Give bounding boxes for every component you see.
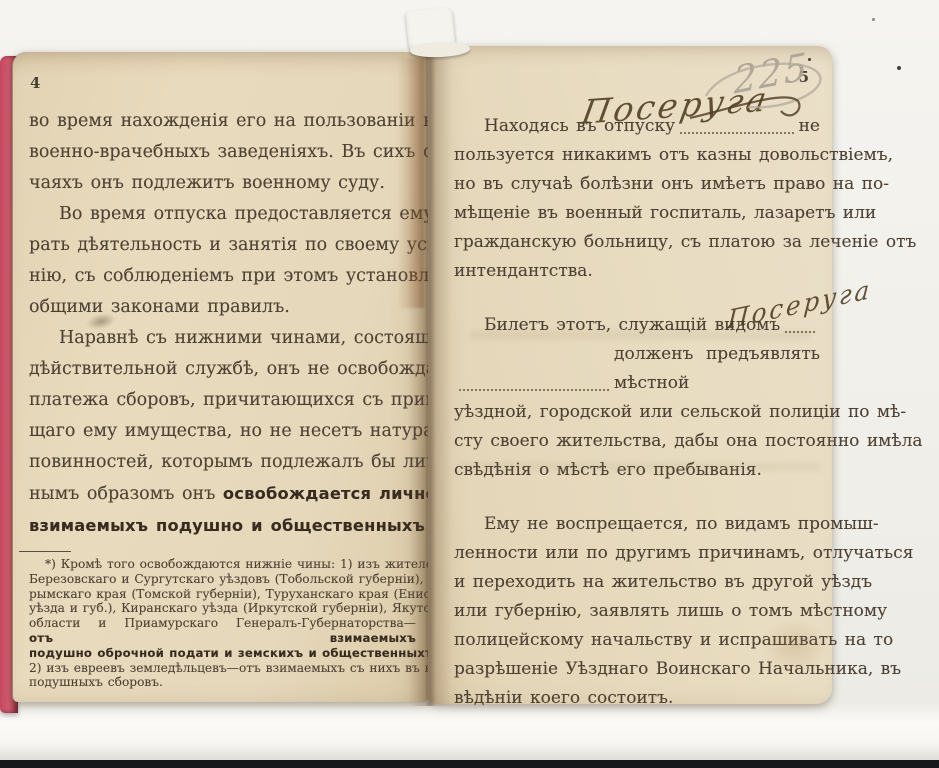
text-segment: военно-врачебныхъ заведеніяхъ. Въ сихъ с… <box>29 142 460 162</box>
text-segment: интендантства. <box>454 261 593 281</box>
text-line: подушно оброчной подати и земскихъ и общ… <box>29 646 416 661</box>
text-line: разрѣшеніе Уѣзднаго Воинскаго Начальника… <box>454 655 820 684</box>
text-segment: не <box>799 112 820 141</box>
text-line: ленности или по другимъ причинамъ, отлуч… <box>454 539 820 568</box>
page-4: 4 во время нахожденія его на пользованіи… <box>12 52 429 702</box>
text-segment: мѣщеніе въ военный госпиталь, лазаретъ и… <box>454 203 876 223</box>
text-segment: долженъ предъявлять мѣстной <box>614 340 820 398</box>
text-line: долженъ предъявлять мѣстной <box>454 340 820 398</box>
dotted-fill-line <box>680 131 794 134</box>
text-segment: отъ взимаемыхъ <box>29 631 416 645</box>
text-line: мѣщеніе въ военный госпиталь, лазаретъ и… <box>454 199 820 228</box>
scan-edge-strip <box>0 760 939 768</box>
text-line: повинностей, которымъ подлежалъ бы лично… <box>29 447 416 478</box>
text-segment: *) Кромѣ того освобождаются нижніе чины:… <box>45 557 441 571</box>
footnote-rule <box>19 551 71 552</box>
text-line: чаяхъ онъ подлежитъ военному суду. <box>29 168 416 199</box>
text-line: нымъ образомъ онъ освобождается лично от… <box>29 478 416 510</box>
text-line: рымскаго края (Томской губерніи), Туруха… <box>29 587 416 602</box>
text-line: но въ случаѣ болѣзни онъ имѣетъ право на… <box>454 170 820 199</box>
text-segment: Ему не воспрещается, по видамъ промыш- <box>484 514 879 534</box>
dust-speck <box>897 66 901 70</box>
text-segment: уѣзда и губ.), Киранскаго уѣзда (Иркутск… <box>29 601 453 615</box>
text-segment: нымъ образомъ онъ <box>29 484 223 504</box>
page-number: 4 <box>30 74 41 92</box>
text-line: области и Приамурскаго Генералъ-Губернат… <box>29 616 416 646</box>
text-line: уѣздной, городской или сельской полиціи … <box>454 398 820 427</box>
footnote-text: *) Кромѣ того освобождаются нижніе чины:… <box>29 557 416 690</box>
footnote-block: *) Кромѣ того освобождаются нижніе чины:… <box>29 551 416 690</box>
text-segment: уѣздной, городской или сельской полиціи … <box>454 402 906 422</box>
text-line: Ему не воспрещается, по видамъ промыш- <box>454 510 820 539</box>
text-line: подушныхъ сборовъ. <box>29 675 416 690</box>
text-line: взимаемыхъ подушно и общественныхъ сборо… <box>29 510 416 542</box>
text-segment: полицейскому начальству и испрашивать на… <box>454 630 893 650</box>
text-line: свѣдѣнія о мѣстѣ его пребыванія. <box>454 456 820 485</box>
text-segment: ленности или по другимъ причинамъ, отлуч… <box>454 543 913 563</box>
text-line: дѣйствительной службѣ, онъ не освобождае… <box>29 354 416 385</box>
text-line: *) Кромѣ того освобождаются нижніе чины:… <box>29 557 416 572</box>
text-segment: рымскаго края (Томской губерніи), Туруха… <box>29 587 481 601</box>
text-line: рать дѣятельность и занятія по своему ус… <box>29 230 416 261</box>
text-segment: или губернію, заявлять лишь о томъ мѣстн… <box>454 601 887 621</box>
text-segment: области и Приамурскаго Генералъ-Губернат… <box>29 616 416 630</box>
text-segment: Во время отпуска предоставляется ему изб… <box>59 204 491 224</box>
text-segment: Березовскаго и Сургутскаго уѣздовъ (Тобо… <box>29 572 450 586</box>
text-line: Во время отпуска предоставляется ему изб… <box>29 199 416 230</box>
text-line: военно-врачебныхъ заведеніяхъ. Въ сихъ с… <box>29 137 416 168</box>
text-line: и переходить на жительство въ другой уѣз… <box>454 568 820 597</box>
scanned-document-photo: { "left_page": { "number": "4", "lines":… <box>0 0 939 768</box>
text-line: интендантства. <box>454 257 820 286</box>
text-line: или губернію, заявлять лишь о томъ мѣстн… <box>454 597 820 626</box>
text-segment: рать дѣятельность и занятія по своему ус… <box>29 235 488 255</box>
text-line: во время нахожденія его на пользованіи в… <box>29 106 416 137</box>
dotted-fill-line <box>459 388 609 391</box>
text-line: 2) изъ евреевъ земледѣльцевъ—отъ взимаем… <box>29 661 416 676</box>
text-segment: 2) изъ евреевъ земледѣльцевъ—отъ взимаем… <box>29 661 461 675</box>
text-segment: вѣдѣніи коего состоитъ. <box>454 688 673 708</box>
text-segment: но въ случаѣ болѣзни онъ имѣетъ право на… <box>454 174 889 194</box>
page-5: 5 Находясь въ отпускунепользуется никаки… <box>428 46 832 704</box>
text-line: гражданскую больницу, съ платою за лечен… <box>454 228 820 257</box>
text-segment: пользуется никакимъ отъ казны довольстві… <box>454 145 893 165</box>
page-5-body-text: Находясь въ отпускунепользуется никакимъ… <box>454 112 820 713</box>
text-segment: чаяхъ онъ подлежитъ военному суду. <box>29 173 385 193</box>
text-segment: подушно оброчной подати и земскихъ и общ… <box>29 646 496 660</box>
text-segment: общими законами правилъ. <box>29 297 290 317</box>
text-segment: разрѣшеніе Уѣзднаго Воинскаго Начальника… <box>454 659 901 679</box>
text-segment: гражданскую больницу, съ платою за лечен… <box>454 232 916 252</box>
text-line: платежа сборовъ, причитающихся съ принад… <box>29 385 416 416</box>
text-line: Березовскаго и Сургутскаго уѣздовъ (Тобо… <box>29 572 416 587</box>
text-line: полицейскому начальству и испрашивать на… <box>454 626 820 655</box>
text-segment: во время нахожденія его на пользованіи в… <box>29 111 444 131</box>
text-segment: подушныхъ сборовъ. <box>29 675 163 689</box>
text-segment: и переходить на жительство въ другой уѣз… <box>454 572 872 592</box>
text-line: вѣдѣніи коего состоитъ. <box>454 684 820 713</box>
text-segment: свѣдѣнія о мѣстѣ его пребыванія. <box>454 460 762 480</box>
dust-speck <box>872 18 875 21</box>
text-segment: сту своего жительства, дабы она постоянн… <box>454 431 923 451</box>
text-line: щаго ему имущества, но не несетъ натурал… <box>29 416 416 447</box>
text-line: пользуется никакимъ отъ казны довольстві… <box>454 141 820 170</box>
text-line: нію, съ соблюденіемъ при этомъ установле… <box>29 261 416 292</box>
dotted-fill-line <box>785 330 815 333</box>
text-line: сту своего жительства, дабы она постоянн… <box>454 427 820 456</box>
text-line: уѣзда и губ.), Киранскаго уѣзда (Иркутск… <box>29 601 416 616</box>
